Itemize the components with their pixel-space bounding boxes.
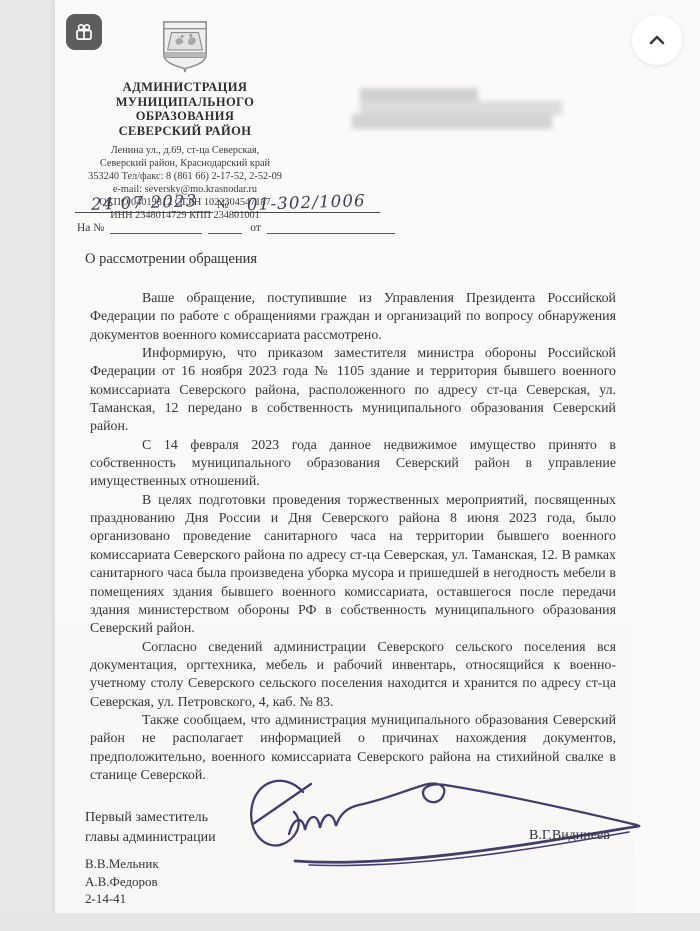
executors-block: В.В.Мельник А.В.Федоров 2-14-41 [85,855,159,908]
executor-name: А.В.Федоров [85,873,159,891]
ot-label: от [250,222,261,234]
scroll-to-top-button[interactable] [632,15,682,65]
letter-subject: О рассмотрении обращения [85,251,257,268]
reference-blank [267,221,395,234]
scanned-letter-page: АДМИНИСТРАЦИЯ МУНИЦИПАЛЬНОГО ОБРАЗОВАНИЯ… [55,0,633,913]
body-paragraph: Согласно сведений администрации Северско… [90,639,616,712]
letter-date: 24 07 2023 [75,193,213,213]
redacted-addressee-block [352,88,562,130]
body-paragraph: Ваше обращение, поступившие из Управлени… [90,290,616,345]
chevron-up-icon [644,27,670,53]
na-label: На № [77,222,104,234]
body-paragraph: В целях подготовки проведения торжествен… [90,492,616,639]
signer-name: В.Г.Видинеев [529,828,610,844]
number-sign: № [217,197,228,211]
reference-line: На №от [77,221,395,234]
address-line: 353240 Тел/факс: 8 (861 66) 2-17-52, 2-5… [70,170,300,183]
address-line: Северский район, Краснодарский край [70,157,300,170]
address-line: Ленина ул., д.69, ст-ца Северская, [70,144,300,157]
executor-name: В.В.Мельник [85,855,159,873]
body-paragraph: С 14 февраля 2023 года данное недвижимое… [90,437,616,492]
letter-body: Ваше обращение, поступившие из Управлени… [90,290,616,785]
reference-blank [208,221,242,234]
reference-blank [110,221,202,234]
letter-number: 01-302/1006 [232,193,380,213]
org-name-line: МУНИЦИПАЛЬНОГО ОБРАЗОВАНИЯ [70,95,300,124]
coat-of-arms [156,20,214,74]
org-name-line: СЕВЕРСКИЙ РАЙОН [70,124,300,139]
executor-phone: 2-14-41 [85,890,159,908]
gift-icon [72,20,96,44]
handwritten-signature [225,770,645,874]
body-paragraph: Информирую, что приказом заместителя мин… [90,345,616,437]
signer-position: Первый заместитель главы администрации [85,808,216,848]
letter-date-number-row: 24 07 2023№01-302/1006 [75,193,395,213]
gift-button[interactable] [66,14,102,50]
page-bottom-margin [0,913,700,931]
org-name-line: АДМИНИСТРАЦИЯ [70,80,300,95]
